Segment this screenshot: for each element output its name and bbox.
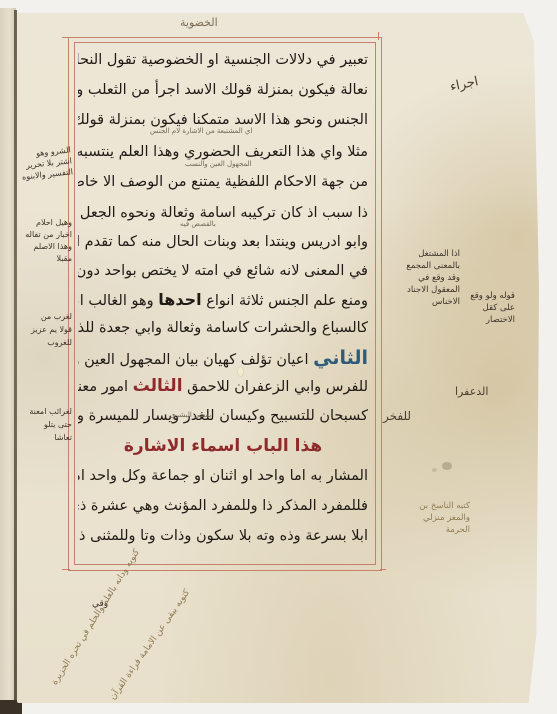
line-text: ابلا بسرعة وذه وته بلا سكون وذات وتا ولل… bbox=[78, 528, 368, 544]
line-text: اعيان تؤلف كهيان بيان المجهول العين والن… bbox=[78, 352, 308, 368]
frame-corner-tick bbox=[380, 569, 386, 570]
line-text: نعالة فيكون بمنزلة قولك الاسد اجرأ من ال… bbox=[78, 82, 368, 98]
section-heading-ism-al-ishara: هذا الباب اسماء الاشارة bbox=[78, 432, 368, 460]
frame-corner-tick bbox=[62, 569, 70, 570]
margin-note-text: كتبه الناسخ بن والمعز منزلي الحرمة bbox=[419, 501, 470, 535]
rubric-al-thani: الثاني bbox=[313, 347, 368, 369]
text-line-9: ومنع علم الجنس ثلاثة انواع احدها وهو الغ… bbox=[78, 286, 368, 314]
margin-note-right-middle: اذا المشتغل بالمعنى المجمع وقد وقع في ال… bbox=[400, 248, 460, 308]
line-text: فللمفرد المذكر ذا وللمفرد المؤنث وهي عشر… bbox=[78, 498, 368, 514]
interlinear-gloss: بالقصص فيه bbox=[180, 220, 216, 228]
interlinear-gloss: المجهول العين والنسب bbox=[185, 160, 252, 168]
frame-corner-tick bbox=[62, 37, 70, 38]
text-line-8: في المعنى لانه شائع في امته لا يختص بواح… bbox=[78, 256, 368, 284]
interlinear-gloss: بمعنى البشرى bbox=[170, 411, 211, 419]
keyword-ahaduha: احدها bbox=[158, 290, 201, 309]
margin-note-text: الشرو وهو اشتر بلا تحرير التفسير والابنو… bbox=[22, 145, 74, 181]
margin-note-text: لغرب من قولا يم عزيز للغروب bbox=[31, 312, 72, 347]
margin-note-left-upper: الشرو وهو اشتر بلا تحرير التفسير والابنو… bbox=[18, 144, 73, 182]
line-text: كسبحان للتسبيح وكيسان للغدر ويسار للميسر… bbox=[78, 408, 368, 424]
header-catchword: الخضوية bbox=[180, 16, 218, 29]
line-text: للفرس وابي الزعفران للاحمق bbox=[187, 379, 368, 395]
text-line-13: كسبحان للتسبيح وكيسان للغدر ويسار للميسر… bbox=[78, 402, 368, 430]
binding-gutter bbox=[14, 10, 17, 714]
line-text: وهو الغالب اعيان لا تؤلف bbox=[78, 293, 154, 309]
margin-note-text: اذا المشتغل بالمعنى المجمع وقد وقع في ال… bbox=[406, 249, 460, 307]
margin-note-right-lower-inner: للفخر bbox=[383, 410, 411, 423]
margin-note-left-lower: لغرائب امعنة حتى يتلو تعاشا bbox=[26, 405, 72, 444]
ink-stain bbox=[432, 468, 437, 472]
margin-note-left-middle: وهيل احلام اخبار من تفاله وهذا الاصلم مق… bbox=[24, 217, 72, 265]
text-line-16: فللمفرد المذكر ذا وللمفرد المؤنث وهي عشر… bbox=[78, 492, 368, 520]
rubric-al-thalith: الثالث bbox=[133, 376, 183, 396]
text-line-11: الثاني اعيان تؤلف كهيان بيان المجهول الع… bbox=[78, 344, 368, 372]
text-line-7: وابو ادريس وينتدا بعد وبنات الحال منه كم… bbox=[78, 228, 368, 256]
margin-note-right-bottom: كتبه الناسخ بن والمعز منزلي الحرمة bbox=[400, 500, 470, 536]
interlinear-gloss: اي المشتبعة من الاشارة لام الجنس bbox=[150, 127, 252, 135]
line-text: وابو ادريس وينتدا بعد وبنات الحال منه كم… bbox=[78, 234, 368, 250]
line-text: امور معنوية bbox=[78, 379, 128, 395]
margin-note-text: لغرائب امعنة حتى يتلو تعاشا bbox=[29, 407, 72, 442]
text-line-10: كالسباع والحشرات كاسامة وثعالة وابي جعدة… bbox=[78, 314, 368, 342]
manuscript-scan: الخضوية تعبير في دلالات الجنسية او الخضو… bbox=[0, 0, 557, 714]
text-line-1: تعبير في دلالات الجنسية او الخضوصية تقول… bbox=[78, 46, 368, 74]
line-text: تعبير في دلالات الجنسية او الخضوصية تقول… bbox=[78, 52, 368, 68]
margin-note-right-lower: الدعفرا bbox=[455, 385, 488, 398]
line-text: المشار به اما واحد او اثنان او جماعة وكل… bbox=[78, 468, 368, 484]
margin-note-left-lower-middle: لغرب من قولا يم عزيز للغروب bbox=[26, 310, 72, 349]
text-line-12: للفرس وابي الزعفران للاحمق الثالث امور م… bbox=[78, 372, 368, 400]
text-line-2: نعالة فيكون بمنزلة قولك الاسد اجرأ من ال… bbox=[78, 76, 368, 104]
margin-note-text: وهيل احلام اخبار من تفاله وهذا الاصلم مق… bbox=[25, 218, 72, 263]
line-text: ومنع علم الجنس ثلاثة انواع bbox=[206, 293, 368, 309]
text-line-15: المشار به اما واحد او اثنان او جماعة وكل… bbox=[78, 462, 368, 490]
main-text-block: تعبير في دلالات الجنسية او الخضوصية تقول… bbox=[78, 46, 370, 561]
line-text: الجنس ونحو هذا الاسد متمكنا فيكون بمنزلة… bbox=[78, 112, 368, 128]
ink-stain bbox=[442, 462, 452, 470]
line-text: مثلا واي هذا التعريف الحضوري وهذا العلم … bbox=[78, 144, 368, 160]
line-text: في المعنى لانه شائع في امته لا يختص بواح… bbox=[78, 263, 368, 279]
text-line-6: ذا سبب اذ كان تركيبه اسامة وثعالة ونحوه … bbox=[78, 199, 368, 227]
margin-note-right-outer: قوله ولو وقع على كقل الاختصار bbox=[460, 290, 515, 326]
heading-text: هذا الباب اسماء الاشارة bbox=[124, 436, 322, 456]
line-text: من جهة الاحكام اللفظية يمتنع من الوصف ال… bbox=[78, 174, 368, 190]
line-text: كالسباع والحشرات كاسامة وثعالة وابي جعدة… bbox=[78, 320, 368, 336]
frame-corner-tick bbox=[378, 32, 379, 40]
text-line-17: ابلا بسرعة وذه وته بلا سكون وذات وتا ولل… bbox=[78, 522, 368, 550]
text-line-5: من جهة الاحكام اللفظية يمتنع من الوصف ال… bbox=[78, 168, 368, 196]
line-text: ذا سبب اذ كان تركيبه اسامة وثعالة ونحوه … bbox=[78, 205, 368, 221]
margin-note-text: قوله ولو وقع على كقل الاختصار bbox=[470, 291, 515, 325]
